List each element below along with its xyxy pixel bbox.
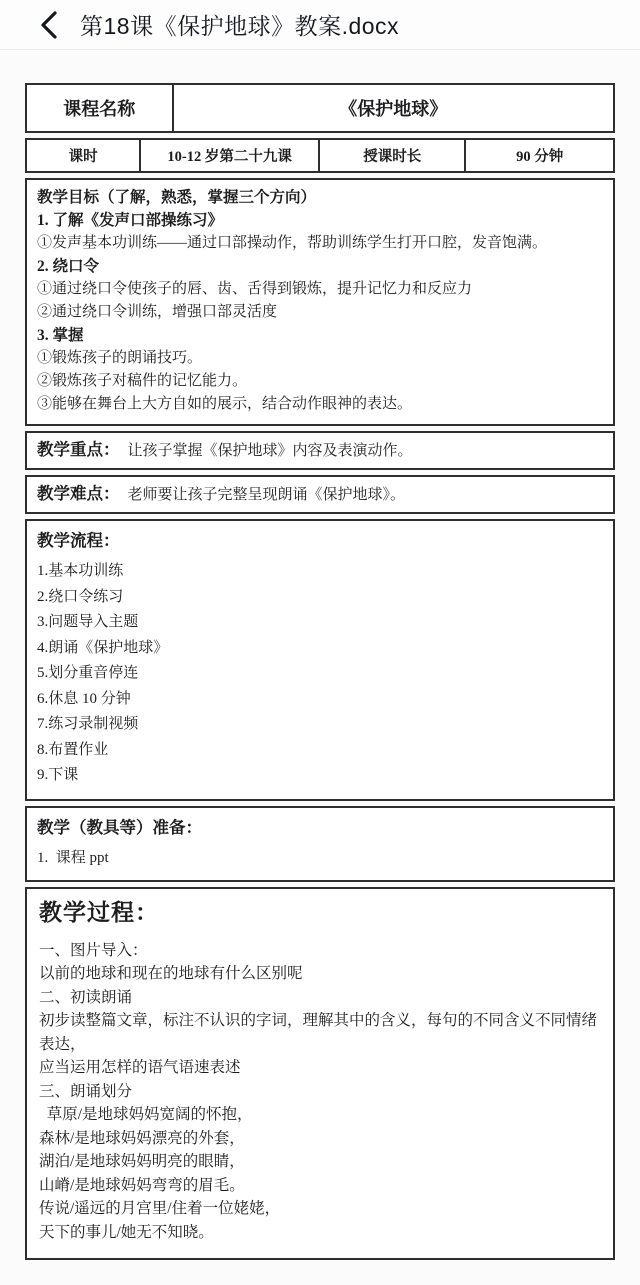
- procedure-line: 以前的地球和现在的地球有什么区别呢: [39, 962, 601, 986]
- key-point-text: 让孩子掌握《保护地球》内容及表演动作。: [128, 443, 413, 459]
- procedure-line: 湖泊/是地球妈妈明亮的眼睛，: [39, 1150, 601, 1174]
- section-key-point: 教学重点：让孩子掌握《保护地球》内容及表演动作。: [25, 431, 615, 470]
- duration-value: 90 分钟: [466, 140, 613, 171]
- procedure-line: 草原/是地球妈妈宽阔的怀抱，: [39, 1103, 601, 1127]
- procedure-line: 传说/遥远的月宫里/住着一位姥姥，: [39, 1197, 601, 1221]
- flow-heading: 教学流程：: [37, 529, 603, 553]
- document-viewer: 课程名称 《保护地球》 课时 10-12 岁第二十九课 授课时长 90 分钟 教…: [0, 50, 640, 1285]
- flow-item: 3.问题导入主题: [37, 610, 603, 636]
- back-button[interactable]: [32, 8, 66, 42]
- flow-item: 6.休息 10 分钟: [37, 687, 603, 713]
- section-preparation: 教学（教具等）准备： 1. 课程 ppt: [25, 806, 615, 882]
- objectives-line: 2. 绕口令: [37, 255, 603, 278]
- course-name-value: 《保护地球》: [174, 85, 614, 131]
- procedure-line: 天下的事儿/她无不知晓。: [39, 1221, 601, 1245]
- procedure-line: 森林/是地球妈妈漂亮的外套，: [39, 1127, 601, 1151]
- procedure-heading: 教学过程：: [39, 897, 601, 929]
- objectives-line: ②锻炼孩子对稿件的记忆能力。: [37, 370, 603, 393]
- procedure-line: 应当运用怎样的语气语速表述: [39, 1056, 601, 1080]
- preparation-heading: 教学（教具等）准备：: [37, 816, 603, 840]
- key-point-label: 教学重点：: [37, 440, 120, 459]
- flow-item: 5.划分重音停连: [37, 661, 603, 687]
- objectives-line: 1. 了解《发声口部操练习》: [37, 209, 603, 232]
- section-procedure: 教学过程： 一、图片导入： 以前的地球和现在的地球有什么区别呢 二、初读朗诵 初…: [25, 887, 615, 1261]
- objectives-line: ③能够在舞台上大方自如的展示，结合动作眼神的表达。: [37, 393, 603, 416]
- objectives-heading: 教学目标（了解，熟悉，掌握三个方向）: [37, 186, 603, 209]
- difficulty-text: 老师要让孩子完整呈现朗诵《保护地球》。: [128, 487, 406, 503]
- flow-item: 2.绕口令练习: [37, 585, 603, 611]
- document-title: 第18课《保护地球》教案.docx: [80, 8, 399, 41]
- objectives-line: 3. 掌握: [37, 324, 603, 347]
- flow-item: 1.基本功训练: [37, 559, 603, 585]
- objectives-line: ①发声基本功训练——通过口部操动作，帮助训练学生打开口腔，发音饱满。: [37, 232, 603, 255]
- flow-item: 4.朗诵《保护地球》: [37, 636, 603, 662]
- flow-item: 7.练习录制视频: [37, 712, 603, 738]
- procedure-line: 一、图片导入：: [39, 939, 601, 963]
- section-flow: 教学流程： 1.基本功训练 2.绕口令练习 3.问题导入主题 4.朗诵《保护地球…: [25, 519, 615, 801]
- procedure-line: 山嵴/是地球妈妈弯弯的眉毛。: [39, 1174, 601, 1198]
- course-name-row: 课程名称 《保护地球》: [25, 83, 615, 133]
- course-name-label: 课程名称: [27, 85, 174, 131]
- section-difficulty: 教学难点：老师要让孩子完整呈现朗诵《保护地球》。: [25, 475, 615, 514]
- section-objectives: 教学目标（了解，熟悉，掌握三个方向） 1. 了解《发声口部操练习》 ①发声基本功…: [25, 178, 615, 426]
- procedure-line: 二、初读朗诵: [39, 986, 601, 1010]
- app-header: 第18课《保护地球》教案.docx: [0, 0, 640, 50]
- procedure-line: 初步读整篇文章，标注不认识的字词，理解其中的含义，每句的不同含义不同情绪表达，: [39, 1009, 601, 1056]
- difficulty-label: 教学难点：: [37, 484, 120, 503]
- flow-item: 9.下课: [37, 763, 603, 789]
- chevron-left-icon: [39, 10, 59, 40]
- objectives-line: ①锻炼孩子的朗诵技巧。: [37, 347, 603, 370]
- objectives-line: ①通过绕口令使孩子的唇、齿、舌得到锻炼，提升记忆力和反应力: [37, 278, 603, 301]
- procedure-line: 三、朗诵划分: [39, 1080, 601, 1104]
- lesson-value: 10-12 岁第二十九课: [141, 140, 320, 171]
- flow-item: 8.布置作业: [37, 738, 603, 764]
- objectives-line: ②通过绕口令训练，增强口部灵活度: [37, 301, 603, 324]
- preparation-item: 1. 课程 ppt: [37, 846, 603, 870]
- duration-label: 授课时长: [320, 140, 467, 171]
- lesson-label: 课时: [27, 140, 141, 171]
- class-time-row: 课时 10-12 岁第二十九课 授课时长 90 分钟: [25, 138, 615, 173]
